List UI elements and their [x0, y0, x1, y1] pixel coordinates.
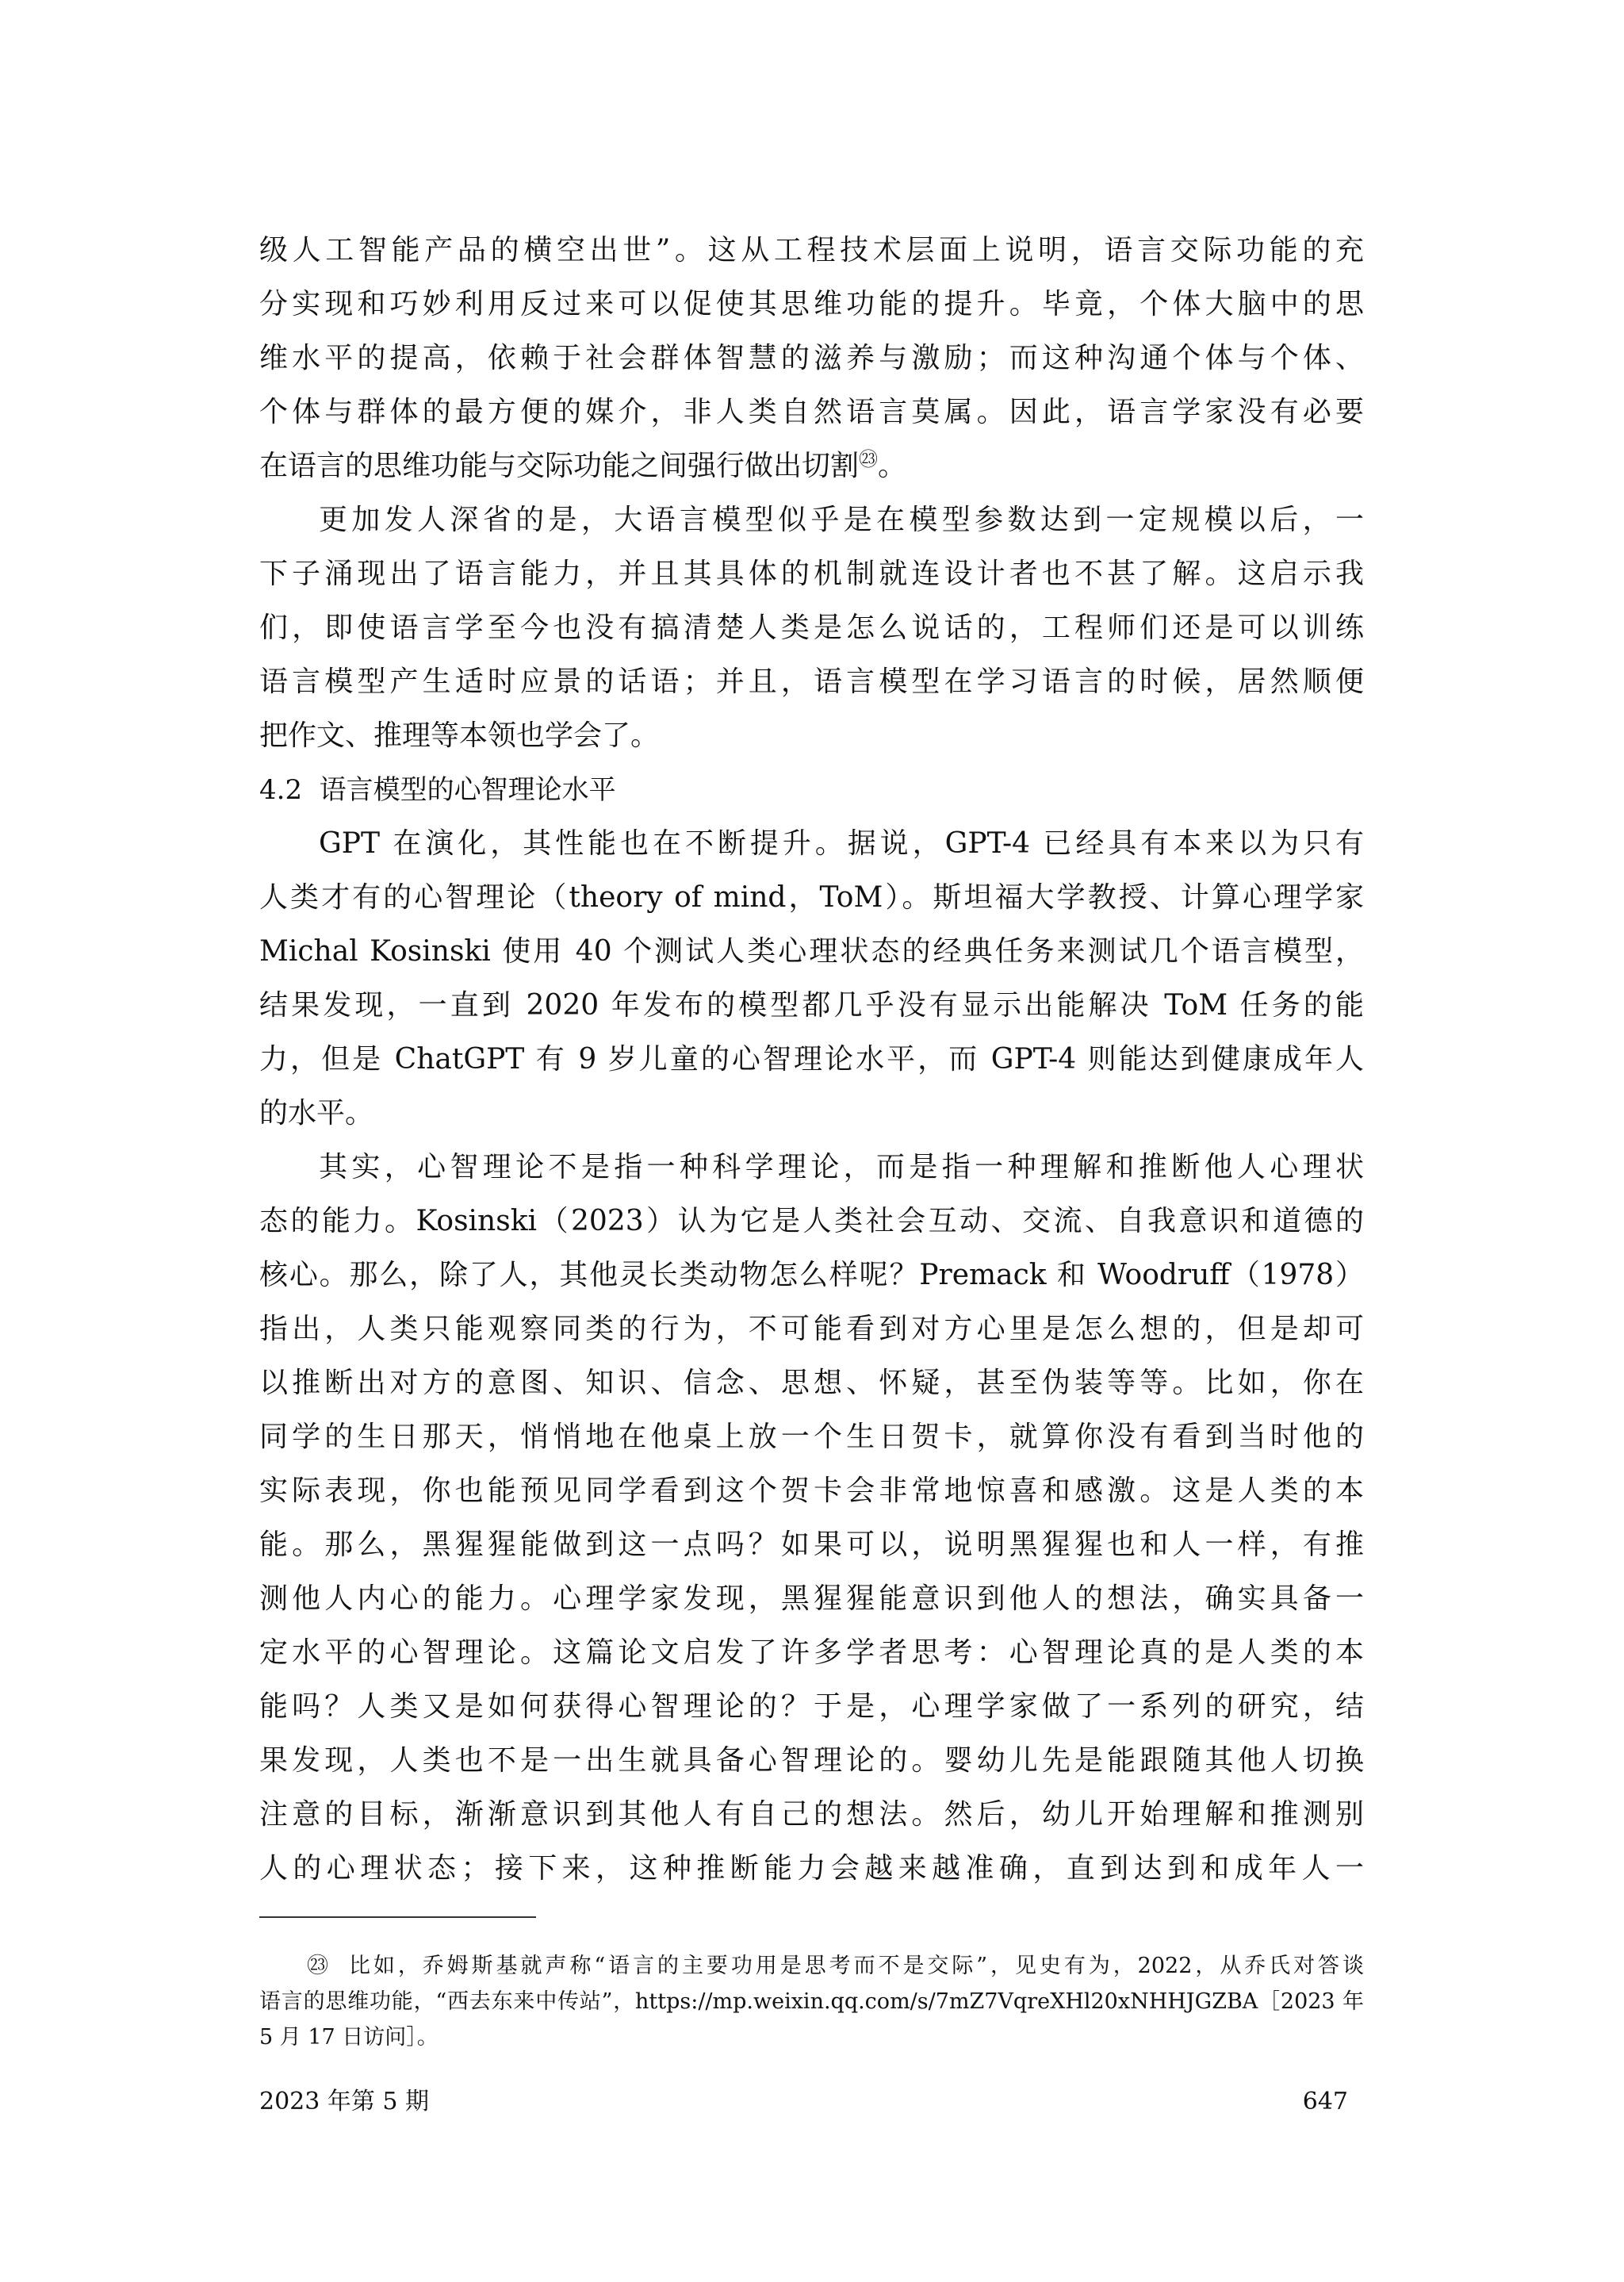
text-line: 能。那么，黑猩猩能做到这一点吗？如果可以，说明黑猩猩也和人一样，有推: [259, 1518, 1364, 1572]
text-line: 级人工智能产品的横空出世”。这从工程技术层面上说明，语言交际功能的充: [259, 224, 1364, 278]
text-line: 语言模型产生适时应景的话语；并且，语言模型在学习语言的时候，居然顺便: [259, 655, 1364, 709]
text-line: 人类才有的心智理论（theory of mind，ToM）。斯坦福大学教授、计算…: [259, 871, 1364, 925]
text-line: 核心。那么，除了人，其他灵长类动物怎么样呢？Premack 和 Woodruff…: [259, 1248, 1364, 1302]
text-line: 们，即使语言学至今也没有搞清楚人类是怎么说话的，工程师们还是可以训练: [259, 601, 1364, 655]
text-line: 的水平。: [259, 1087, 1364, 1141]
text-line: Michal Kosinski 使用 40 个测试人类心理状态的经典任务来测试几…: [259, 925, 1364, 979]
text-line: 个体与群体的最方便的媒介，非人类自然语言莫属。因此，语言学家没有必要: [259, 385, 1364, 439]
text-fragment: 。: [878, 450, 906, 482]
text-line: GPT 在演化，其性能也在不断提升。据说，GPT-4 已经具有本来以为只有: [259, 817, 1364, 871]
text-line: 指出，人类只能观察同类的行为，不可能看到对方心里是怎么想的，但是却可: [259, 1302, 1364, 1356]
text-line: 态的能力。Kosinski（2023）认为它是人类社会互动、交流、自我意识和道德…: [259, 1195, 1364, 1248]
text-line: 把作文、推理等本领也学会了。: [259, 709, 1364, 763]
footnote-divider: [259, 1916, 536, 1918]
footnote: ㉓比如，乔姆斯基就声称“语言的主要功用是思考而不是交际”，见史有为，2022，从…: [259, 1948, 1364, 2055]
text-line: 定水平的心智理论。这篇论文启发了许多学者思考：心智理论真的是人类的本: [259, 1626, 1364, 1680]
text-line: 实际表现，你也能预见同学看到这个贺卡会非常地惊喜和感激。这是人类的本: [259, 1464, 1364, 1518]
footnote-marker: ㉓: [307, 1954, 331, 1978]
text-line: 结果发现，一直到 2020 年发布的模型都几乎没有显示出能解决 ToM 任务的能: [259, 979, 1364, 1033]
issue-label: 2023 年第 5 期: [259, 2084, 429, 2119]
text-line: 测他人内心的能力。心理学家发现，黑猩猩能意识到他人的想法，确实具备一: [259, 1572, 1364, 1626]
footnote-line: 语言的思维功能，“西去东来中传站”，https://mp.weixin.qq.c…: [259, 1984, 1364, 2019]
footnote-reference[interactable]: ㉓: [859, 448, 878, 470]
text-line: 在语言的思维功能与交际功能之间强行做出切割㉓。: [259, 439, 1364, 493]
journal-page: 级人工智能产品的横空出世”。这从工程技术层面上说明，语言交际功能的充 分实现和巧…: [0, 0, 1624, 2282]
text-line: 更加发人深省的是，大语言模型似乎是在模型参数达到一定规模以后，一: [259, 493, 1364, 547]
text-line: 其实，心智理论不是指一种科学理论，而是指一种理解和推断他人心理状: [259, 1141, 1364, 1195]
footnote-text: 比如，乔姆斯基就声称“语言的主要功用是思考而不是交际”，见史有为，2022，从乔…: [349, 1954, 1364, 1978]
text-line: 能吗？人类又是如何获得心智理论的？于是，心理学家做了一系列的研究，结: [259, 1680, 1364, 1734]
text-line: 力，但是 ChatGPT 有 9 岁儿童的心智理论水平，而 GPT-4 则能达到…: [259, 1033, 1364, 1087]
footnote-line: ㉓比如，乔姆斯基就声称“语言的主要功用是思考而不是交际”，见史有为，2022，从…: [259, 1948, 1364, 1984]
section-heading: 4.2 语言模型的心智理论水平: [259, 763, 1364, 817]
body-text: 级人工智能产品的横空出世”。这从工程技术层面上说明，语言交际功能的充 分实现和巧…: [259, 224, 1364, 1896]
text-line: 维水平的提高，依赖于社会群体智慧的滋养与激励；而这种沟通个体与个体、: [259, 332, 1364, 385]
text-line: 同学的生日那天，悄悄地在他桌上放一个生日贺卡，就算你没有看到当时他的: [259, 1410, 1364, 1464]
footnote-line: 5 月 17 日访问］。: [259, 2019, 1364, 2055]
text-line: 人的心理状态；接下来，这种推断能力会越来越准确，直到达到和成年人一: [259, 1842, 1364, 1896]
text-fragment: 在语言的思维功能与交际功能之间强行做出切割: [259, 450, 859, 482]
text-line: 注意的目标，渐渐意识到其他人有自己的想法。然后，幼儿开始理解和推测别: [259, 1788, 1364, 1842]
text-line: 下子涌现出了语言能力，并且其具体的机制就连设计者也不甚了解。这启示我: [259, 547, 1364, 601]
text-line: 分实现和巧妙利用反过来可以促使其思维功能的提升。毕竟，个体大脑中的思: [259, 278, 1364, 332]
page-number: 647: [1303, 2084, 1348, 2119]
text-line: 以推断出对方的意图、知识、信念、思想、怀疑，甚至伪装等等。比如，你在: [259, 1356, 1364, 1410]
text-line: 果发现，人类也不是一出生就具备心智理论的。婴幼儿先是能跟随其他人切换: [259, 1734, 1364, 1788]
